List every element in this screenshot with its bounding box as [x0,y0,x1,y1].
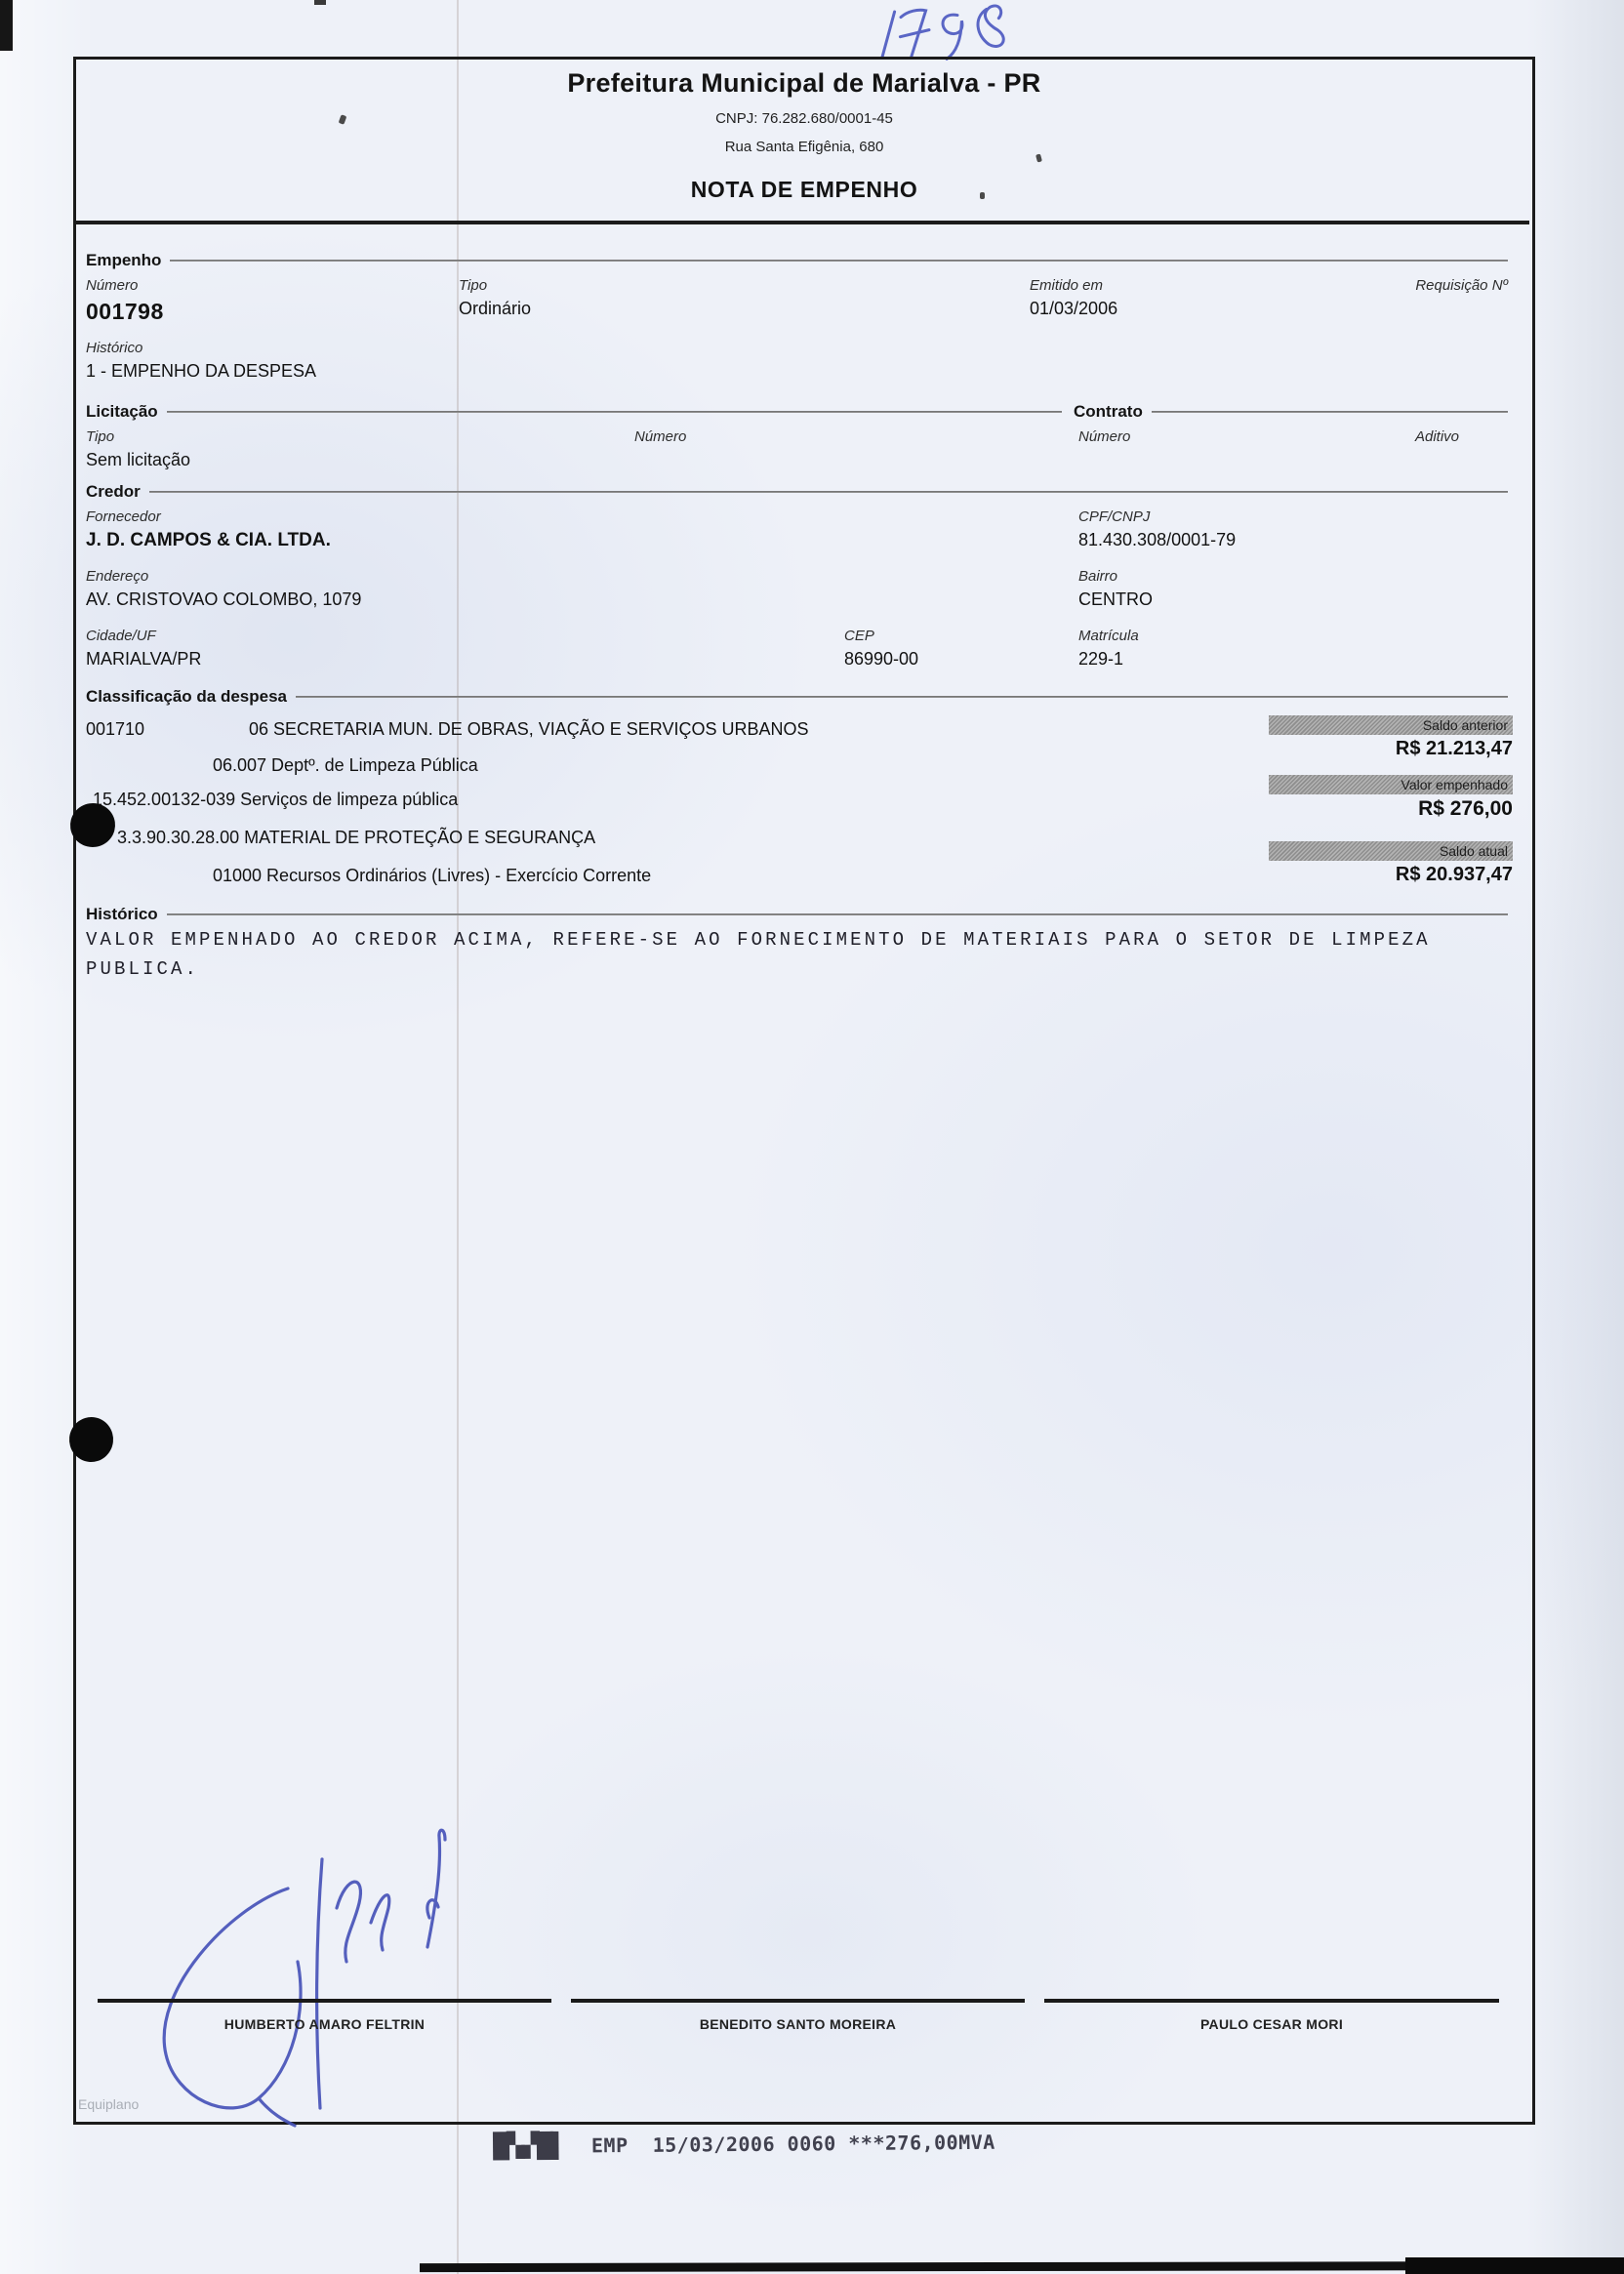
scan-edge-artifact [1405,2257,1624,2274]
field-cpf-cnpj: CPF/CNPJ 81.430.308/0001-79 [1078,509,1236,550]
saldo-bar: Saldo atual [1269,841,1513,861]
classification-row: 3.3.90.30.28.00 MATERIAL DE PROTEÇÃO E S… [117,828,595,848]
header-divider [76,221,1529,224]
section-rule [149,491,1508,493]
handwritten-number [859,0,1044,62]
section-rule [167,411,1062,413]
stamp-logo-icon: █▚▞█▌ [493,2132,564,2161]
saldo-atual: Saldo atual R$ 20.937,47 [1269,841,1513,886]
field-licitacao-tipo: Tipo Sem licitação [86,429,190,470]
section-label: Classificação da despesa [86,687,296,707]
historico-text-line: VALOR EMPENHADO AO CREDOR ACIMA, REFERE-… [86,929,1431,951]
historico-text-line: PUBLICA. [86,958,199,980]
section-credor: Credor [86,483,1508,501]
section-classificacao: Classificação da despesa [86,688,1508,706]
section-label: Credor [86,482,149,502]
section-contrato: Contrato [1074,403,1508,421]
header-cnpj: CNPJ: 76.282.680/0001-45 [73,110,1535,127]
valor-empenhado: Valor empenhado R$ 276,00 [1269,775,1513,821]
saldo-anterior: Saldo anterior R$ 21.213,47 [1269,715,1513,760]
signature-name: BENEDITO SANTO MOREIRA [571,2016,1025,2032]
section-label: Empenho [86,251,170,270]
field-endereco: Endereço AV. CRISTOVAO COLOMBO, 1079 [86,569,361,610]
section-licitacao: Licitação [86,403,1062,421]
validation-stamp: █▚▞█▌ EMP 15/03/2006 0060 ***276,00MVA [493,2128,995,2160]
field-matricula: Matrícula 229-1 [1078,629,1139,670]
scanned-page: Prefeitura Municipal de Marialva - PR CN… [0,0,1624,2274]
field-licitacao-numero: Número [634,429,686,445]
section-label: Licitação [86,402,167,422]
field-contrato-numero: Número [1078,429,1130,445]
section-historico: Histórico [86,906,1508,923]
vendor-watermark: Equiplano [78,2096,139,2112]
section-empenho: Empenho [86,252,1508,269]
signature-ink [137,1815,468,2128]
signature-name: PAULO CESAR MORI [1044,2016,1499,2032]
section-label: Histórico [86,905,167,924]
signature-line [98,1999,551,2003]
document-type-title: NOTA DE EMPENHO [73,177,1535,203]
classification-row: 00171006 SECRETARIA MUN. DE OBRAS, VIAÇÃ… [86,719,808,740]
header-address: Rua Santa Efigênia, 680 [73,139,1535,155]
signature-name: HUMBERTO AMARO FELTRIN [98,2016,551,2032]
field-empenho-historico: Histórico 1 - EMPENHO DA DESPESA [86,341,316,382]
field-emitido-em: Emitido em 01/03/2006 [1030,278,1117,319]
section-rule [296,696,1508,698]
signature-line [1044,1999,1499,2003]
section-rule [1152,411,1508,413]
field-cep: CEP 86990-00 [844,629,918,670]
saldo-bar: Saldo anterior [1269,715,1513,735]
section-rule [167,914,1508,915]
section-label: Contrato [1074,402,1152,422]
field-fornecedor: Fornecedor J. D. CAMPOS & CIA. LTDA. [86,509,331,551]
field-bairro: Bairro CENTRO [1078,569,1153,610]
classification-row: 15.452.00132-039 Serviços de limpeza púb… [93,790,458,810]
field-empenho-tipo: Tipo Ordinário [459,278,531,319]
saldo-bar: Valor empenhado [1269,775,1513,794]
field-cidade-uf: Cidade/UF MARIALVA/PR [86,629,201,670]
scan-speck [314,0,326,5]
page-title: Prefeitura Municipal de Marialva - PR [73,68,1535,99]
classification-row: 06.007 Deptº. de Limpeza Pública [213,755,478,776]
stamp-text: EMP 15/03/2006 0060 ***276,00MVA [591,2130,995,2157]
field-empenho-numero: Número 001798 [86,278,164,325]
section-rule [170,260,1508,262]
classification-row: 01000 Recursos Ordinários (Livres) - Exe… [213,866,651,886]
scan-edge-artifact [0,0,13,51]
field-requisicao: Requisição Nº [1415,278,1508,294]
field-contrato-aditivo: Aditivo [1415,429,1459,445]
signature-line [571,1999,1025,2003]
